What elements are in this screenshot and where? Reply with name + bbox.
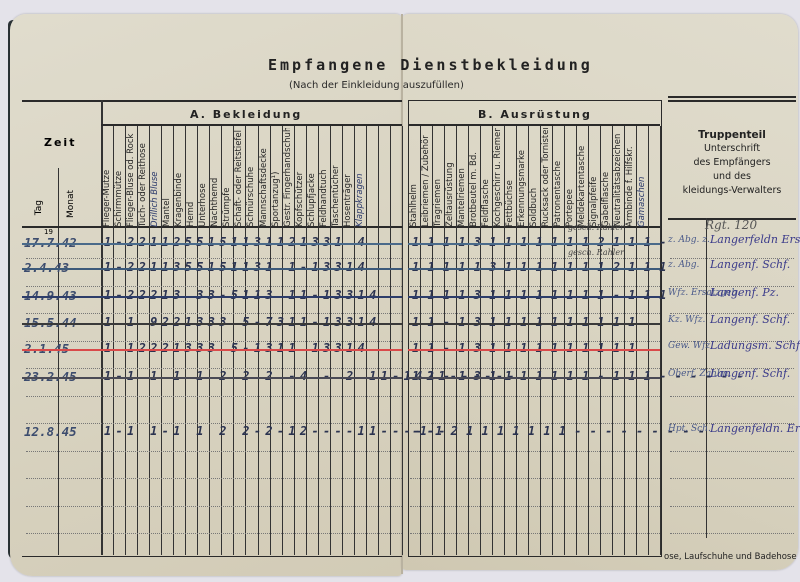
bekleidung-column-header: Tuch- oder Reithose bbox=[138, 128, 148, 227]
unterschrift-label: Unterschrift bbox=[672, 142, 792, 156]
bekleidung-column-header: Klappkragen bbox=[355, 128, 365, 227]
empfaenger-label: des Empfängers bbox=[672, 156, 792, 170]
bekleidung-column-header: Strümpfe bbox=[222, 128, 232, 227]
row-ausruestung-values: 1 1 - 1 3 1 1 1 1 1 1 1 1 1 1 bbox=[412, 341, 636, 355]
bekleidung-column-header: Taschentücher bbox=[331, 128, 341, 227]
section-c-top-rule bbox=[668, 96, 796, 98]
row-rule bbox=[410, 506, 660, 507]
ausruestung-column-header: Kochgeschirr u. Riemen bbox=[493, 128, 503, 227]
row-unit: z. Abg. z. bbox=[668, 235, 710, 245]
top-rule bbox=[22, 100, 402, 102]
row-rule bbox=[410, 533, 660, 534]
bekleidung-column-header: Gestr. Fingerhandschuhe bbox=[283, 128, 293, 227]
strike-line bbox=[22, 296, 402, 298]
row-rule bbox=[670, 533, 794, 534]
row-rule bbox=[410, 396, 660, 397]
strike-line bbox=[408, 243, 660, 245]
column-rule bbox=[660, 126, 661, 555]
row-rule bbox=[410, 478, 660, 479]
ausruestung-column-header: Rucksack oder Tornister bbox=[541, 128, 551, 227]
strike-line bbox=[22, 243, 402, 245]
truppenteil-label: Truppenteil bbox=[672, 128, 792, 142]
bekleidung-column-header: Schirmmütze bbox=[114, 128, 124, 227]
ausruestung-column-header: Gabelflasche bbox=[601, 128, 611, 227]
bekleidung-column-header: Kopfschützer bbox=[295, 128, 305, 227]
row-rule bbox=[26, 451, 402, 452]
bekleidung-column-header: Schlupfjacke bbox=[307, 128, 317, 227]
bekleidung-column-header: Flieger-Mütze bbox=[102, 128, 112, 227]
strike-line bbox=[408, 323, 660, 325]
row-rule bbox=[670, 451, 794, 452]
bekleidung-column-header: Feldhandtuch bbox=[319, 128, 329, 227]
bekleidung-column-header: Kragenbinde bbox=[174, 128, 184, 227]
strike-line bbox=[408, 377, 660, 379]
row-rule bbox=[26, 313, 402, 314]
row-rule bbox=[410, 313, 660, 314]
row-signature: Langenfeldn. Ers. bbox=[710, 422, 800, 435]
ausruestung-column-header: Gamaschen bbox=[637, 128, 647, 227]
ausruestung-column-header: Armbinde f. Hilfskr. bbox=[625, 128, 635, 227]
row-bekleidung-values: 1-22213 33-5113 11-13314 bbox=[104, 288, 381, 302]
row-unit: Gew. Wfz. bbox=[668, 341, 713, 351]
strike-line bbox=[408, 349, 660, 351]
column-rule bbox=[402, 126, 403, 555]
ausruestung-column-header: Brotbeutel m. Bd. bbox=[469, 128, 479, 227]
row-note: gesch. Rahler bbox=[568, 248, 624, 257]
row-ausruestung-values: 1 1 1 1 3 1 1 1 1 1 1 1 1 - 1 1 1 bbox=[412, 288, 667, 302]
row-signature: Langenf. Schf. bbox=[710, 367, 790, 380]
bekleidung-column-header: Schaft- oder Reitstiefel bbox=[234, 128, 244, 227]
bekleidung-column-header: Drillich Bluse bbox=[150, 128, 160, 227]
ausruestung-column-header: Erkennungsmarke bbox=[517, 128, 527, 227]
strike-line bbox=[408, 296, 660, 298]
row-ausruestung-values: 1 1 1 1 1 3 1 1 1 1 1 1 1 2 1 1 1 bbox=[412, 260, 667, 274]
document-subtitle: (Nach der Einkleidung auszufüllen) bbox=[289, 80, 464, 91]
ausruestung-column-header: Signalpfeife bbox=[589, 128, 599, 227]
ausruestung-column-header: Leibriemen / Zubehör bbox=[421, 128, 431, 227]
row-rule bbox=[26, 533, 402, 534]
row-signature: Ladungsm. Schf. bbox=[710, 339, 800, 352]
bekleidung-column-header: Flieger-Bluse od. Rock bbox=[126, 128, 136, 227]
section-c-heading: Truppenteil Unterschrift des Empfängers … bbox=[672, 128, 792, 198]
ausruestung-column-header: Meldekartentasche bbox=[577, 128, 587, 227]
row-ausruestung-values: 1 1 - 1 3 1 1 1 1 1 1 1 1 1 1 bbox=[412, 315, 636, 329]
row-unit: Hpt. Sch. bbox=[668, 424, 711, 434]
bekleidung-column-header: Mannschaftsdecke bbox=[259, 128, 269, 227]
row-rule bbox=[410, 258, 660, 259]
row-rule bbox=[26, 396, 402, 397]
document-title: Empfangene Dienstbekleidung bbox=[268, 56, 593, 74]
bekleidung-column-header: Sportanzug¹) bbox=[271, 128, 281, 227]
bekleidung-column-header: Nachthemd bbox=[210, 128, 220, 227]
row-bekleidung-values: 1 1 9221333 5-7311-13314 bbox=[104, 315, 381, 329]
bekleidung-column-header: Mantel bbox=[162, 128, 172, 227]
section-b-heading-rule bbox=[408, 124, 660, 126]
ausruestung-column-header: Zeltausrüstung bbox=[445, 128, 455, 227]
row-bekleidung-values: 1-2211355151131 1-13314 bbox=[104, 260, 369, 274]
row-signature: Langenf. Schf. bbox=[710, 313, 790, 326]
ausruestung-column-header: Soldbuch bbox=[529, 128, 539, 227]
strike-line bbox=[408, 268, 660, 270]
tag-label: Tag bbox=[34, 200, 44, 215]
bekleidung-column-header: Schnürschuhe bbox=[246, 128, 256, 227]
bekleidung-column-header: Hosenträger bbox=[343, 128, 353, 227]
row-rule bbox=[26, 506, 402, 507]
row-unit: z. Abg. bbox=[668, 260, 699, 270]
ausruestung-column-header: Portepee bbox=[565, 128, 575, 227]
row-bekleidung-values: 1-1 1-1 1 2 2-2-12----11------ bbox=[104, 424, 450, 438]
verwalter-label: kleidungs-Verwalters bbox=[672, 184, 792, 198]
row-rule bbox=[670, 396, 794, 397]
row-signature: Langenf. Pz. bbox=[710, 286, 779, 299]
section-c-top-rule-2 bbox=[668, 100, 796, 102]
und-des-label: und des bbox=[672, 170, 792, 184]
row-unit: Kz. Wfz. bbox=[668, 315, 705, 325]
row-signature: Langerfeldn Ers. bbox=[710, 233, 800, 246]
row-date: 12.8.45 bbox=[24, 424, 77, 439]
row-rule bbox=[670, 506, 794, 507]
ausruestung-column-header: Stahlhelm bbox=[409, 128, 419, 227]
ausruestung-column-header: Tragriemen bbox=[433, 128, 443, 227]
section-a-heading-rule bbox=[101, 124, 402, 126]
section-a-heading: A. Bekleidung bbox=[190, 108, 302, 121]
strike-line bbox=[22, 377, 402, 379]
ausruestung-column-header: Feldflasche bbox=[481, 128, 491, 227]
row-ausruestung-values: -1-1 2 1 1 1 1 1 1 1 - - - - - - - - - bbox=[412, 424, 706, 438]
zeit-label: Zeit bbox=[44, 136, 76, 149]
regiment-note: Rgt. 120 bbox=[705, 218, 757, 232]
row-rule bbox=[26, 258, 402, 259]
row-note: gesch. Rahler bbox=[568, 223, 624, 232]
row-bekleidung-values: 1-2211255151131121331 4 bbox=[104, 235, 369, 249]
row-signature: Langenf. Schf. bbox=[710, 258, 790, 271]
footer-note: ose, Laufschuhe und Badehose bbox=[664, 552, 797, 562]
ausruestung-column-header: Patronentasche bbox=[553, 128, 563, 227]
row-ausruestung-values: 1 1 1 1 3 1 1 1 1 1 1 1 2 1 1 1 - bbox=[412, 235, 667, 249]
ausruestung-column-header: Neutralitätsabzeichen bbox=[613, 128, 623, 227]
row-rule bbox=[26, 286, 402, 287]
bekleidung-column-header: Unterhose bbox=[198, 128, 208, 227]
bekleidung-column-header: Hemd bbox=[186, 128, 196, 227]
row-rule bbox=[410, 286, 660, 287]
row-rule bbox=[670, 478, 794, 479]
section-b-heading: B. Ausrüstung bbox=[478, 108, 592, 121]
strike-line bbox=[22, 349, 402, 351]
ausruestung-column-header: Mantelriemen bbox=[457, 128, 467, 227]
ausruestung-column-header: Fettbüchse bbox=[505, 128, 515, 227]
strike-line bbox=[22, 268, 402, 270]
monat-label: Monat bbox=[66, 190, 76, 218]
strike-line bbox=[22, 323, 402, 325]
row-bekleidung-values: 1 12221333 5-1311 13314 bbox=[104, 341, 369, 355]
row-rule bbox=[410, 451, 660, 452]
row-rule bbox=[26, 478, 402, 479]
